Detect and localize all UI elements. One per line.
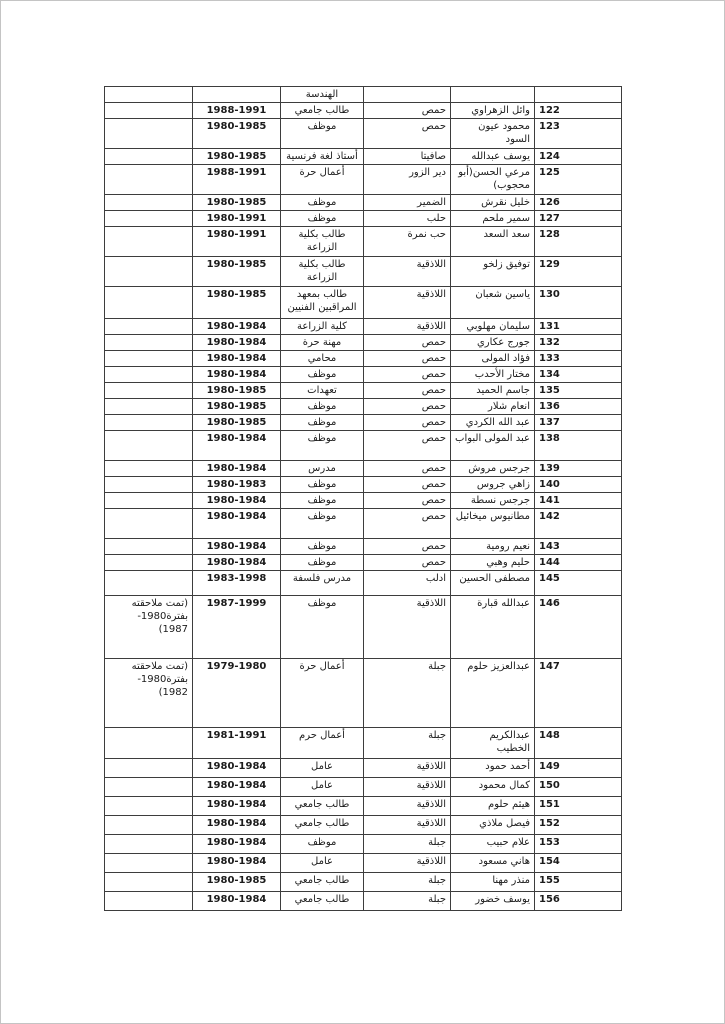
- table-row: 156يوسف خضورجبلةطالب جامعي1980-1984: [105, 892, 622, 911]
- table-row: 122وائل الزهراويحمصطالب جامعي1988-1991: [105, 103, 622, 119]
- name-cell: عبدالعزيز حلوم: [451, 659, 535, 728]
- name-cell: ياسين شعبان: [451, 287, 535, 319]
- city-cell: اللاذقية: [364, 596, 451, 659]
- row-number-cell: 154: [535, 854, 622, 873]
- table-row: 130ياسين شعباناللاذقيةطالب بمعهد المراقب…: [105, 287, 622, 319]
- occupation-cell: أعمال حرة: [281, 659, 364, 728]
- occupation-cell: موظف: [281, 195, 364, 211]
- years-cell: 1979-1980: [193, 659, 281, 728]
- row-number-cell: 125: [535, 165, 622, 195]
- years-cell: 1980-1985: [193, 873, 281, 892]
- name-cell: هيثم حلوم: [451, 797, 535, 816]
- years-cell: 1980-1985: [193, 287, 281, 319]
- table-row: 137عبد الله الكرديحمصموظف1980-1985: [105, 415, 622, 431]
- notes-cell: [105, 211, 193, 227]
- city-cell: اللاذقية: [364, 778, 451, 797]
- city-cell: حمص: [364, 383, 451, 399]
- years-cell: 1980-1984: [193, 335, 281, 351]
- city-cell: اللاذقية: [364, 759, 451, 778]
- city-cell: اللاذقية: [364, 816, 451, 835]
- occupation-cell: تعهدات: [281, 383, 364, 399]
- row-number-cell: 141: [535, 493, 622, 509]
- years-cell: 1980-1984: [193, 431, 281, 461]
- city-cell: حمص: [364, 461, 451, 477]
- occupation-cell: موظف: [281, 596, 364, 659]
- occupation-cell: موظف: [281, 415, 364, 431]
- notes-cell: [105, 759, 193, 778]
- occupation-cell: مهنة حرة: [281, 335, 364, 351]
- table-row: 126خليل نقرشالضميرموظف1980-1985: [105, 195, 622, 211]
- table-row: 141جرجس نسطةحمصموظف1980-1984: [105, 493, 622, 509]
- occupation-cell: أعمال حرم: [281, 728, 364, 759]
- years-cell: 1981-1991: [193, 728, 281, 759]
- notes-cell: [105, 892, 193, 911]
- name-cell: مختار الأحدب: [451, 367, 535, 383]
- name-cell: جاسم الحميد: [451, 383, 535, 399]
- notes-cell: [105, 383, 193, 399]
- row-number-cell: 128: [535, 227, 622, 257]
- table-row: 127سمير ملحمحلبموظف1980-1991: [105, 211, 622, 227]
- occupation-cell: أستاذ لغة فرنسية: [281, 149, 364, 165]
- table-row: 144حليم وهبيحمصموظف1980-1984: [105, 555, 622, 571]
- row-number-cell: 130: [535, 287, 622, 319]
- table-row: 131سليمان مهلوبياللاذقيةكلية الزراعة1980…: [105, 319, 622, 335]
- city-cell: جبلة: [364, 728, 451, 759]
- row-number-cell: 143: [535, 539, 622, 555]
- notes-cell: [105, 555, 193, 571]
- table-row: 148عبدالكريم الخطيبجبلةأعمال حرم1981-199…: [105, 728, 622, 759]
- years-cell: 1980-1985: [193, 149, 281, 165]
- name-cell: حليم وهبي: [451, 555, 535, 571]
- years-cell: 1980-1984: [193, 509, 281, 539]
- years-cell: 1980-1984: [193, 892, 281, 911]
- notes-cell: [105, 149, 193, 165]
- name-cell: مرعي الحسن(أبو محجوب): [451, 165, 535, 195]
- notes-cell: [105, 778, 193, 797]
- row-number-cell: 137: [535, 415, 622, 431]
- occupation-cell: مدرس: [281, 461, 364, 477]
- table-row: 136انعام شلارحمصموظف1980-1985: [105, 399, 622, 415]
- years-cell: 1980-1984: [193, 555, 281, 571]
- table-row: 142مطانيوس ميخائيلحمصموظف1980-1984: [105, 509, 622, 539]
- city-cell: جبلة: [364, 835, 451, 854]
- occupation-cell: موظف: [281, 477, 364, 493]
- city-cell: حلب: [364, 211, 451, 227]
- city-cell: حمص: [364, 367, 451, 383]
- city-cell: حمص: [364, 119, 451, 149]
- name-cell: زاهي جروس: [451, 477, 535, 493]
- occupation-cell: طالب جامعي: [281, 892, 364, 911]
- row-number-cell: 132: [535, 335, 622, 351]
- occupation-cell: كلية الزراعة: [281, 319, 364, 335]
- city-cell: حمص: [364, 335, 451, 351]
- occupation-cell: طالب جامعي: [281, 873, 364, 892]
- city-cell: جبلة: [364, 659, 451, 728]
- name-cell: نعيم رومية: [451, 539, 535, 555]
- table-row: 153علام حبيبجبلةموظف1980-1984: [105, 835, 622, 854]
- table-row: 128سعد السعدحب نمرةطالب بكلية الزراعة198…: [105, 227, 622, 257]
- notes-cell: [105, 477, 193, 493]
- notes-cell: [105, 539, 193, 555]
- notes-cell: [105, 431, 193, 461]
- table-body: الهندسة122وائل الزهراويحمصطالب جامعي1988…: [105, 87, 622, 911]
- table-row: 124يوسف عبداللهصافيتاأستاذ لغة فرنسية198…: [105, 149, 622, 165]
- years-cell: 1980-1984: [193, 835, 281, 854]
- notes-cell: [105, 257, 193, 287]
- name-cell: انعام شلار: [451, 399, 535, 415]
- occupation-cell: موظف: [281, 431, 364, 461]
- row-number-cell: 138: [535, 431, 622, 461]
- notes-cell: [105, 415, 193, 431]
- city-cell: حمص: [364, 431, 451, 461]
- name-cell: عبدالله قبارة: [451, 596, 535, 659]
- occupation-cell: طالب جامعي: [281, 103, 364, 119]
- table-row: 139جرجس مروشحمصمدرس1980-1984: [105, 461, 622, 477]
- name-cell: أحمد حمود: [451, 759, 535, 778]
- city-cell: جبلة: [364, 892, 451, 911]
- occupation-cell: موظف: [281, 509, 364, 539]
- row-number-cell: 149: [535, 759, 622, 778]
- city-cell: حمص: [364, 555, 451, 571]
- row-number-cell: 122: [535, 103, 622, 119]
- row-number-cell: 140: [535, 477, 622, 493]
- notes-cell: [105, 728, 193, 759]
- name-cell: سليمان مهلوبي: [451, 319, 535, 335]
- name-cell: هاني مسعود: [451, 854, 535, 873]
- name-cell: محمود عيون السود: [451, 119, 535, 149]
- occupation-cell: طالب بكلية الزراعة: [281, 227, 364, 257]
- row-number-cell: 126: [535, 195, 622, 211]
- row-number-cell: 135: [535, 383, 622, 399]
- occupation-cell: موظف: [281, 493, 364, 509]
- row-number-cell: 156: [535, 892, 622, 911]
- name-cell: عبدالكريم الخطيب: [451, 728, 535, 759]
- city-cell: اللاذقية: [364, 257, 451, 287]
- city-cell: [364, 87, 451, 103]
- years-cell: 1980-1984: [193, 797, 281, 816]
- table-row: 146عبدالله قبارةاللاذقيةموظف1987-1999(تم…: [105, 596, 622, 659]
- years-cell: 1980-1985: [193, 119, 281, 149]
- city-cell: حمص: [364, 103, 451, 119]
- table-row: 147عبدالعزيز حلومجبلةأعمال حرة1979-1980(…: [105, 659, 622, 728]
- city-cell: حمص: [364, 493, 451, 509]
- occupation-cell: عامل: [281, 759, 364, 778]
- years-cell: 1987-1999: [193, 596, 281, 659]
- name-cell: يوسف خضور: [451, 892, 535, 911]
- years-cell: 1980-1984: [193, 778, 281, 797]
- occupation-cell: طالب جامعي: [281, 816, 364, 835]
- years-cell: 1980-1991: [193, 211, 281, 227]
- occupation-cell: موظف: [281, 211, 364, 227]
- years-cell: 1980-1984: [193, 759, 281, 778]
- notes-cell: [105, 87, 193, 103]
- years-cell: 1980-1985: [193, 257, 281, 287]
- city-cell: حمص: [364, 509, 451, 539]
- occupation-cell: الهندسة: [281, 87, 364, 103]
- years-cell: 1980-1984: [193, 854, 281, 873]
- notes-cell: [105, 351, 193, 367]
- table-row: 150كمال محموداللاذقيةعامل1980-1984: [105, 778, 622, 797]
- notes-cell: [105, 461, 193, 477]
- years-cell: 1988-1991: [193, 165, 281, 195]
- city-cell: حب نمرة: [364, 227, 451, 257]
- table-row: 143نعيم روميةحمصموظف1980-1984: [105, 539, 622, 555]
- name-cell: عبد المولى البواب: [451, 431, 535, 461]
- name-cell: جرجس مروش: [451, 461, 535, 477]
- occupation-cell: مدرس فلسفة: [281, 571, 364, 596]
- city-cell: اللاذقية: [364, 287, 451, 319]
- row-number-cell: 136: [535, 399, 622, 415]
- years-cell: 1980-1985: [193, 383, 281, 399]
- name-cell: مصطفى الحسين: [451, 571, 535, 596]
- notes-cell: [105, 797, 193, 816]
- occupation-cell: أعمال حرة: [281, 165, 364, 195]
- city-cell: دير الزور: [364, 165, 451, 195]
- city-cell: حمص: [364, 477, 451, 493]
- name-cell: وائل الزهراوي: [451, 103, 535, 119]
- years-cell: 1980-1984: [193, 493, 281, 509]
- name-cell: جورج عكاري: [451, 335, 535, 351]
- years-cell: 1980-1985: [193, 195, 281, 211]
- occupation-cell: موظف: [281, 119, 364, 149]
- name-cell: خليل نقرش: [451, 195, 535, 211]
- name-cell: [451, 87, 535, 103]
- table-row: 134مختار الأحدبحمصموظف1980-1984: [105, 367, 622, 383]
- name-cell: عبد الله الكردي: [451, 415, 535, 431]
- table-row: 155منذر مهناجبلةطالب جامعي1980-1985: [105, 873, 622, 892]
- occupation-cell: موظف: [281, 555, 364, 571]
- table-row: 123محمود عيون السودحمصموظف1980-1985: [105, 119, 622, 149]
- notes-cell: (تمت ملاحقته بفترة1980- 1982): [105, 659, 193, 728]
- occupation-cell: موظف: [281, 835, 364, 854]
- notes-cell: [105, 227, 193, 257]
- years-cell: 1980-1985: [193, 415, 281, 431]
- notes-cell: [105, 399, 193, 415]
- document-page: الهندسة122وائل الزهراويحمصطالب جامعي1988…: [0, 0, 725, 1024]
- years-cell: [193, 87, 281, 103]
- table-row: الهندسة: [105, 87, 622, 103]
- years-cell: 1980-1984: [193, 351, 281, 367]
- years-cell: 1980-1984: [193, 319, 281, 335]
- row-number-cell: 144: [535, 555, 622, 571]
- notes-cell: [105, 367, 193, 383]
- city-cell: حمص: [364, 399, 451, 415]
- table-row: 129توفيق زلخواللاذقيةطالب بكلية الزراعة1…: [105, 257, 622, 287]
- notes-cell: [105, 835, 193, 854]
- occupation-cell: طالب بمعهد المراقبين الفنيين: [281, 287, 364, 319]
- table-row: 135جاسم الحميدحمصتعهدات1980-1985: [105, 383, 622, 399]
- row-number-cell: 131: [535, 319, 622, 335]
- table-row: 149أحمد حموداللاذقيةعامل1980-1984: [105, 759, 622, 778]
- name-cell: علام حبيب: [451, 835, 535, 854]
- city-cell: اللاذقية: [364, 797, 451, 816]
- occupation-cell: موظف: [281, 539, 364, 555]
- table-row: 154هاني مسعوداللاذقيةعامل1980-1984: [105, 854, 622, 873]
- city-cell: ادلب: [364, 571, 451, 596]
- occupation-cell: محامي: [281, 351, 364, 367]
- years-cell: 1988-1991: [193, 103, 281, 119]
- name-cell: توفيق زلخو: [451, 257, 535, 287]
- row-number-cell: 142: [535, 509, 622, 539]
- table-row: 138عبد المولى البوابحمصموظف1980-1984: [105, 431, 622, 461]
- row-number-cell: [535, 87, 622, 103]
- row-number-cell: 127: [535, 211, 622, 227]
- occupation-cell: موظف: [281, 399, 364, 415]
- city-cell: جبلة: [364, 873, 451, 892]
- row-number-cell: 129: [535, 257, 622, 287]
- table-row: 152فيصل ملاذياللاذقيةطالب جامعي1980-1984: [105, 816, 622, 835]
- notes-cell: [105, 816, 193, 835]
- row-number-cell: 124: [535, 149, 622, 165]
- row-number-cell: 150: [535, 778, 622, 797]
- name-cell: كمال محمود: [451, 778, 535, 797]
- row-number-cell: 155: [535, 873, 622, 892]
- notes-cell: [105, 873, 193, 892]
- name-cell: يوسف عبدالله: [451, 149, 535, 165]
- table-row: 133فؤاد المولىحمصمحامي1980-1984: [105, 351, 622, 367]
- records-table: الهندسة122وائل الزهراويحمصطالب جامعي1988…: [104, 86, 622, 911]
- city-cell: الضمير: [364, 195, 451, 211]
- city-cell: حمص: [364, 539, 451, 555]
- occupation-cell: عامل: [281, 778, 364, 797]
- table-row: 145مصطفى الحسينادلبمدرس فلسفة1983-1998: [105, 571, 622, 596]
- city-cell: اللاذقية: [364, 854, 451, 873]
- notes-cell: [105, 119, 193, 149]
- years-cell: 1980-1984: [193, 539, 281, 555]
- table-row: 140زاهي جروسحمصموظف1980-1983: [105, 477, 622, 493]
- name-cell: فؤاد المولى: [451, 351, 535, 367]
- years-cell: 1980-1991: [193, 227, 281, 257]
- name-cell: منذر مهنا: [451, 873, 535, 892]
- occupation-cell: طالب جامعي: [281, 797, 364, 816]
- row-number-cell: 133: [535, 351, 622, 367]
- years-cell: 1980-1984: [193, 367, 281, 383]
- notes-cell: (تمت ملاحقته بفترة1980- 1987): [105, 596, 193, 659]
- occupation-cell: عامل: [281, 854, 364, 873]
- name-cell: سعد السعد: [451, 227, 535, 257]
- name-cell: مطانيوس ميخائيل: [451, 509, 535, 539]
- occupation-cell: طالب بكلية الزراعة: [281, 257, 364, 287]
- city-cell: اللاذقية: [364, 319, 451, 335]
- years-cell: 1980-1984: [193, 816, 281, 835]
- name-cell: فيصل ملاذي: [451, 816, 535, 835]
- table-row: 132جورج عكاريحمصمهنة حرة1980-1984: [105, 335, 622, 351]
- row-number-cell: 145: [535, 571, 622, 596]
- notes-cell: [105, 103, 193, 119]
- row-number-cell: 146: [535, 596, 622, 659]
- city-cell: صافيتا: [364, 149, 451, 165]
- row-number-cell: 134: [535, 367, 622, 383]
- years-cell: 1980-1985: [193, 399, 281, 415]
- row-number-cell: 148: [535, 728, 622, 759]
- occupation-cell: موظف: [281, 367, 364, 383]
- notes-cell: [105, 509, 193, 539]
- notes-cell: [105, 854, 193, 873]
- notes-cell: [105, 335, 193, 351]
- row-number-cell: 151: [535, 797, 622, 816]
- notes-cell: [105, 319, 193, 335]
- notes-cell: [105, 493, 193, 509]
- name-cell: سمير ملحم: [451, 211, 535, 227]
- table-row: 151هيثم حلوماللاذقيةطالب جامعي1980-1984: [105, 797, 622, 816]
- name-cell: جرجس نسطة: [451, 493, 535, 509]
- notes-cell: [105, 165, 193, 195]
- row-number-cell: 147: [535, 659, 622, 728]
- table-row: 125مرعي الحسن(أبو محجوب)دير الزورأعمال ح…: [105, 165, 622, 195]
- city-cell: حمص: [364, 351, 451, 367]
- row-number-cell: 139: [535, 461, 622, 477]
- row-number-cell: 153: [535, 835, 622, 854]
- row-number-cell: 123: [535, 119, 622, 149]
- city-cell: حمص: [364, 415, 451, 431]
- row-number-cell: 152: [535, 816, 622, 835]
- years-cell: 1980-1984: [193, 461, 281, 477]
- notes-cell: [105, 287, 193, 319]
- notes-cell: [105, 195, 193, 211]
- years-cell: 1980-1983: [193, 477, 281, 493]
- notes-cell: [105, 571, 193, 596]
- years-cell: 1983-1998: [193, 571, 281, 596]
